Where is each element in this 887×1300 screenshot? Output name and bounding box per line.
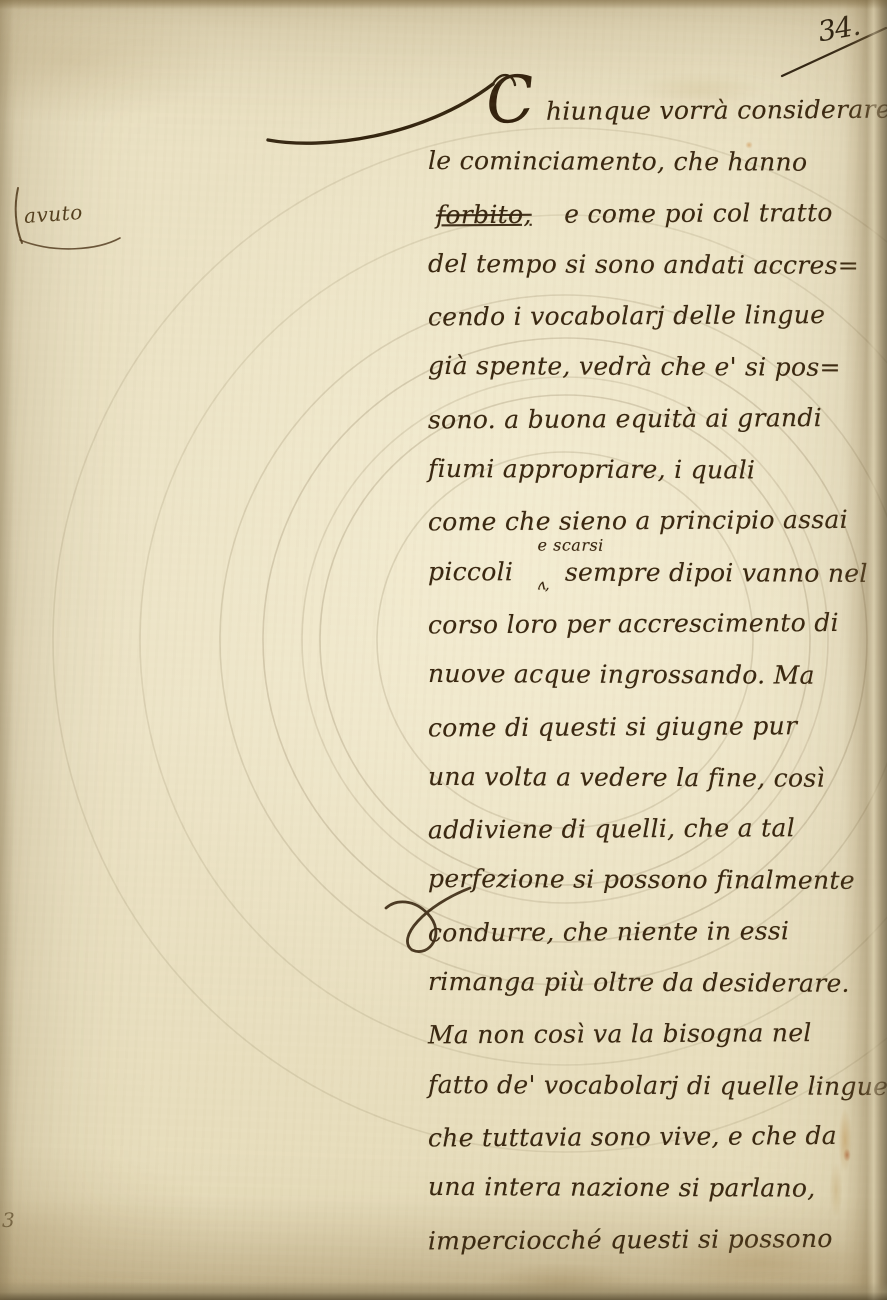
line-text: fiumi appropriare, i quali [428,454,755,484]
struck-word: forbito, [436,199,532,229]
page-edge-left [0,0,14,1300]
manuscript-line: del tempo si sono andati accres= [428,249,887,302]
manuscript-page: hiunque vorrà considerare l'umi= le comi… [0,0,887,1300]
line-text: piccoli [428,557,513,586]
manuscript-line: condurre, che niente in essi [428,915,887,969]
manuscript-line: nuove acque ingrossando. Ma [428,659,887,712]
line-text: sono. a buona equità ai grandi [428,403,822,434]
line-text: una volta a vedere la fine, così [428,762,825,793]
line-text: del tempo si sono andati accres= [428,249,859,280]
manuscript-line: che tuttavia sono vive, e che da [428,1121,887,1175]
line-text: addiviene di quelli, che a tal [428,813,795,844]
manuscript-line: imperciocché questi si possono [428,1223,887,1277]
manuscript-line: cendo i vocabolarj delle lingue [428,300,887,354]
manuscript-line: una intera nazione si parlano, [428,1172,887,1225]
manuscript-line: Ma non così va la bisogna nel [428,1018,887,1072]
manuscript-line: forbito, e come poi col tratto [428,197,887,251]
manuscript-line: piccoli ʌ, e scarsi sempre dipoi vanno n… [428,557,887,610]
page-edge-top [0,0,887,9]
manuscript-line: perfezione si possono finalmente [428,864,887,917]
manuscript-line: come che sieno a principio assai [428,505,887,559]
illuminated-initial: C [483,62,538,140]
line-text: come di questi si giugne pur [428,711,798,742]
manuscript-line: già spente, vedrà che e' si pos= [428,351,887,404]
folio-number: 34. [815,9,862,49]
line-text: hiunque vorrà considerare l'umi= [546,94,887,126]
line-text: una intera nazione si parlano, [428,1172,816,1203]
manuscript-line: fatto de' vocabolarj di quelle lingue [428,1070,887,1123]
line-text: nuove acque ingrossando. Ma [428,659,815,690]
manuscript-line: corso loro per accrescimento di [428,608,887,662]
manuscript-line: le cominciamento, che hanno [428,146,887,199]
line-text: fatto de' vocabolarj di quelle lingue [428,1070,887,1101]
line-text: perfezione si possono finalmente [428,864,855,895]
interlinear-insertion: ʌ, e scarsi [537,557,548,593]
corner-mark: 3 [2,1208,15,1232]
line-text: già spente, vedrà che e' si pos= [428,351,841,382]
manuscript-line: sono. a buona equità ai grandi [428,402,887,456]
manuscript-line: addiviene di quelli, che a tal [428,813,887,867]
manuscript-line: fiumi appropriare, i quali [428,454,887,507]
manuscript-line: rimanga più oltre da desiderare. [428,967,887,1020]
line-text: Ma non così va la bisogna nel [428,1018,812,1049]
line-text: come che sieno a principio assai [428,505,848,537]
page-edge-bottom [0,1282,887,1300]
line-text: condurre, che niente in essi [428,916,790,947]
manuscript-text: hiunque vorrà considerare l'umi= le comi… [428,96,887,1276]
line-text: cendo i vocabolarj delle lingue [428,300,826,331]
line-text: corso loro per accrescimento di [428,608,839,640]
insertion-text: e scarsi [538,535,604,554]
manuscript-line: una volta a vedere la fine, così [428,762,887,815]
line-text: sempre dipoi vanno nel [565,557,868,587]
line-text: le cominciamento, che hanno [428,146,807,177]
line-text: rimanga più oltre da desiderare. [428,967,850,998]
line-text: imperciocché questi si possono [428,1223,833,1254]
line-text: che tuttavia sono vive, e che da [428,1121,837,1152]
manuscript-line: come di questi si giugne pur [428,710,887,764]
line-text: e come poi col tratto [564,198,833,229]
insertion-caret: ʌ, [537,575,548,593]
margin-correction-note: avuto [23,200,83,228]
